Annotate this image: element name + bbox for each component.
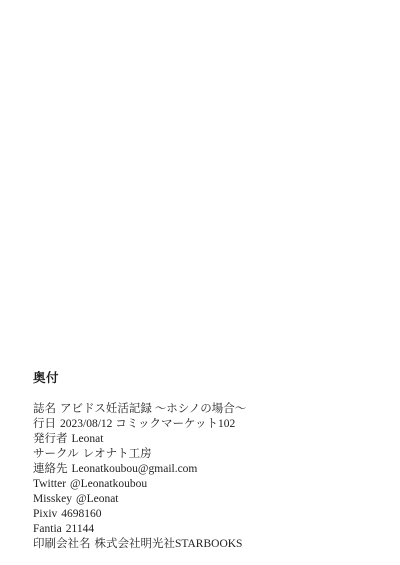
line-value: @Leonatkoubou	[70, 478, 147, 490]
line-label: Misskey	[33, 493, 72, 505]
colophon-line-circle: サークルレオナト工房	[33, 447, 246, 462]
colophon-lines: 誌名アビドス妊活記録 ～ホシノの場合～ 行日2023/08/12 コミックマーケ…	[33, 402, 246, 552]
line-label: Fantia	[33, 523, 62, 535]
line-value: 2023/08/12 コミックマーケット102	[60, 418, 235, 430]
colophon-line-title: 誌名アビドス妊活記録 ～ホシノの場合～	[33, 402, 246, 417]
line-value: Leonat	[72, 433, 104, 445]
line-value: 株式会社明光社STARBOOKS	[95, 538, 243, 550]
colophon-line-fantia: Fantia21144	[33, 522, 246, 537]
line-label: 誌名	[33, 403, 56, 415]
line-value: Leonatkoubou@gmail.com	[72, 463, 198, 475]
colophon-line-pixiv: Pixiv4698160	[33, 507, 246, 522]
colophon-line-twitter: Twitter@Leonatkoubou	[33, 477, 246, 492]
line-value: @Leonat	[76, 493, 119, 505]
line-label: 発行者	[33, 433, 68, 445]
colophon-line-misskey: Misskey@Leonat	[33, 492, 246, 507]
colophon-line-printer: 印刷会社名株式会社明光社STARBOOKS	[33, 537, 246, 552]
colophon-line-date: 行日2023/08/12 コミックマーケット102	[33, 417, 246, 432]
line-label: Pixiv	[33, 508, 57, 520]
line-value: 21144	[66, 523, 94, 535]
colophon-block: 奥付 誌名アビドス妊活記録 ～ホシノの場合～ 行日2023/08/12 コミック…	[33, 371, 246, 552]
line-label: サークル	[33, 448, 79, 460]
line-label: 行日	[33, 418, 56, 430]
colophon-page: 奥付 誌名アビドス妊活記録 ～ホシノの場合～ 行日2023/08/12 コミック…	[0, 0, 400, 565]
colophon-line-publisher: 発行者Leonat	[33, 432, 246, 447]
colophon-line-contact: 連絡先Leonatkoubou@gmail.com	[33, 462, 246, 477]
line-label: Twitter	[33, 478, 66, 490]
line-value: レオナト工房	[83, 448, 152, 460]
line-label: 印刷会社名	[33, 538, 91, 550]
line-label: 連絡先	[33, 463, 68, 475]
line-value: アビドス妊活記録 ～ホシノの場合～	[60, 403, 246, 415]
colophon-title: 奥付	[33, 371, 246, 385]
line-value: 4698160	[61, 508, 101, 520]
